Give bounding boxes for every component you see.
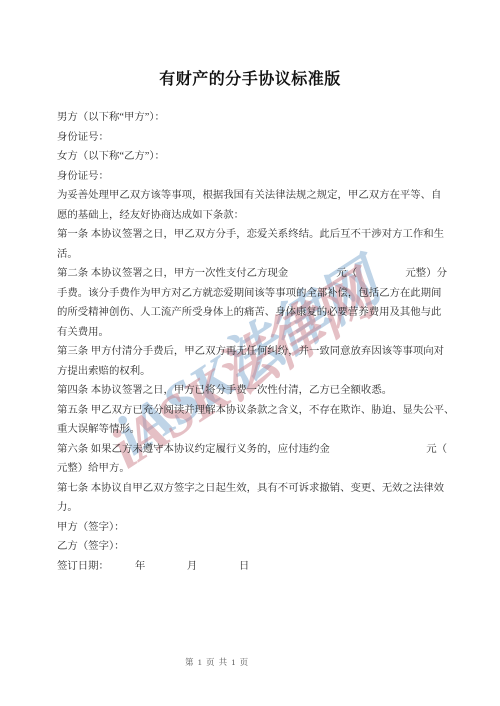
document-line: 愿的基础上，经友好协商达成如下条款： (57, 206, 447, 226)
document-line: 有关费用。 (57, 323, 447, 343)
document-line: 的所受精神创伤、人工流产所受身体上的痛苦、身体康复的必要营养费用及其他与此 (57, 303, 447, 323)
document-line: 力。 (57, 498, 447, 518)
document-line: 男方（以下称“甲方”）： (57, 108, 447, 128)
document-page: 有财产的分手协议标准版 iASK法律网 iASK法律网 男方（以下称“甲方”）：… (0, 0, 500, 706)
document-line: 第四条 本协议签署之日，甲方已将分手费一次性付清，乙方已全额收悉。 (57, 381, 447, 401)
document-line: 签订日期： 年 月 日 (57, 557, 447, 577)
page-title: 有财产的分手协议标准版 (0, 66, 500, 89)
document-line: 身份证号： (57, 167, 447, 187)
document-line: 手费。该分手费作为甲方对乙方就恋爱期间该等事项的全部补偿，包括乙方在此期间 (57, 284, 447, 304)
document-line: 第七条 本协议自甲乙双方签字之日起生效，具有不可诉求撤销、变更、无效之法律效 (57, 479, 447, 499)
document-line: 活。 (57, 245, 447, 265)
document-line: 重大误解等情形。 (57, 420, 447, 440)
document-line: 乙方（签字）： (57, 537, 447, 557)
document-line: 第五条 甲乙双方已充分阅读并理解本协议条款之含义，不存在欺诈、胁迫、显失公平、 (57, 401, 447, 421)
document-line: 身份证号： (57, 128, 447, 148)
document-line: 为妥善处理甲乙双方该等事项，根据我国有关法律法规之规定，甲乙双方在平等、自 (57, 186, 447, 206)
document-line: 第三条 甲方付清分手费后，甲乙双方再无任何纠纷，并一致同意放弃因该等事项向对 (57, 342, 447, 362)
document-line: 甲方（签字）： (57, 518, 447, 538)
line-segment: 第六条 如果乙方未遵守本协议约定履行义务的，应付违约金 (57, 440, 330, 460)
document-line: 第二条 本协议签署之日，甲方一次性支付乙方现金元（元整）分 (57, 264, 447, 284)
line-segment: 元（ (426, 440, 447, 460)
document-line: 第一条 本协议签署之日，甲乙双方分手，恋爱关系终结。此后互不干涉对方工作和生 (57, 225, 447, 245)
document-lines: 男方（以下称“甲方”）：身份证号：女方（以下称“乙方”）：身份证号：为妥善处理甲… (57, 108, 447, 576)
document-line: 方提出索赔的权利。 (57, 362, 447, 382)
page-number: 第 1 页 共 1 页 (185, 656, 249, 668)
line-segment: 元整）分 (405, 264, 447, 284)
line-segment: 元（ (336, 264, 357, 284)
document-line: 第六条 如果乙方未遵守本协议约定履行义务的，应付违约金元（ (57, 440, 447, 460)
document-line: 女方（以下称“乙方”）： (57, 147, 447, 167)
line-segment: 第二条 本协议签署之日，甲方一次性支付乙方现金 (57, 264, 288, 284)
document-line: 元整）给甲方。 (57, 459, 447, 479)
